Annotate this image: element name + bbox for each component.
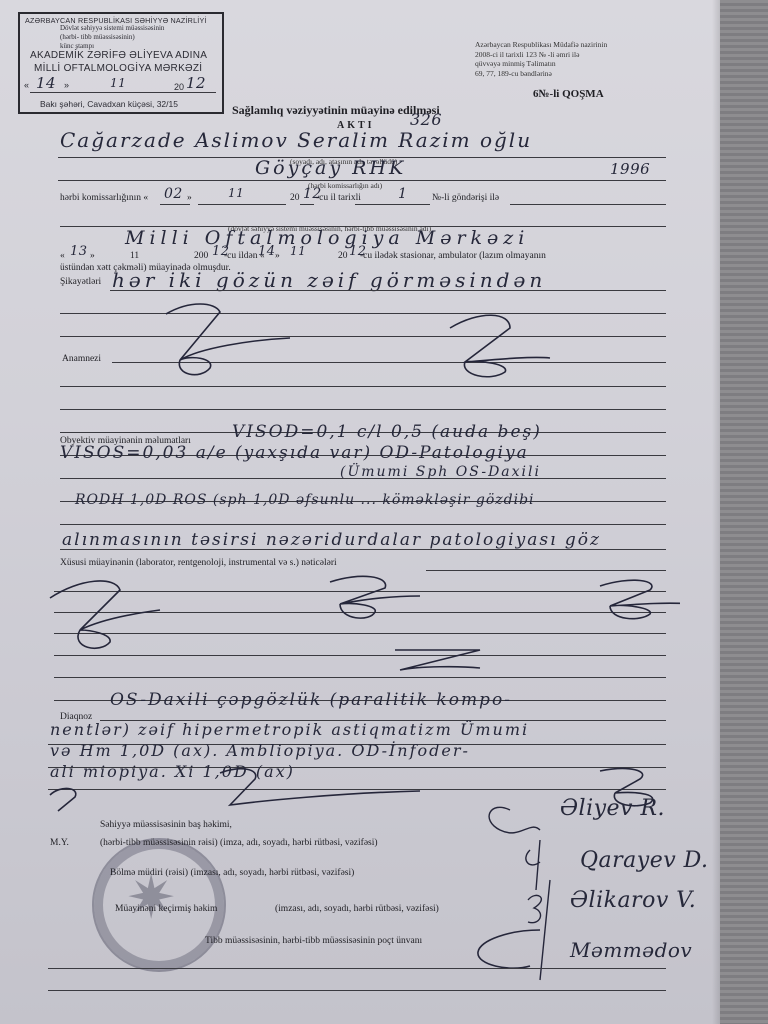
stamp-line3: (hərbi- tibb müəssisəsinin) (60, 33, 135, 41)
department-head-label: Bölmə müdiri (rəisi) (imzası, adı, soyad… (110, 868, 354, 878)
stamp-institution-1: AKADEMİK ZƏRİFƏ ƏLİYEVA ADINA (30, 50, 207, 61)
postal-address-label: Tibb müəssisəsinin, hərbi-tibb müəssisəs… (205, 936, 422, 946)
stamp-line2: Dövlət səhiyyə sistemi müəssisəsinin (60, 24, 164, 32)
strike-mark-special-exam (40, 570, 680, 680)
ms-label: M.Y. (50, 838, 69, 848)
stamp-date-month: 11 (110, 76, 126, 90)
stamp-date-year: 12 (186, 74, 206, 92)
diagnosis-line-3: və Hm 1,0D (ax). Ambliopiya. OD-İnfoder- (50, 741, 470, 760)
diagnosis-line-1: OS-Daxili çəpgözlük (paralitik kompo- (110, 690, 512, 710)
objective-line-2: VISOS=0,03 a/e (yaxşıda var) OD-Patologi… (60, 443, 529, 463)
exam-to-day: 14 (258, 244, 276, 259)
referral-month: 11 (228, 186, 244, 200)
signature-strokes (470, 790, 590, 990)
act-number: 326 (410, 110, 442, 129)
complaints-value: hər iki gözün zəif görməsindən (112, 268, 546, 292)
stamp-address: Bakı şəhəri, Cavadxan küçəsi, 32/15 (40, 99, 178, 109)
reference-note: Azərbaycan Respublikası Müdafiə nazirini… (475, 40, 607, 78)
special-exam-label: Xüsusi müayinənin (laborator, rentgenolo… (60, 558, 337, 568)
diagnosis-line-2: nentlər) zəif hipermetropik astiqmatizm … (50, 720, 529, 739)
referral-day: 02 (164, 186, 183, 202)
appendix-label: 6№-li QOŞMA (533, 88, 604, 100)
exam-from-month: 11 (130, 251, 139, 261)
department-head-signature: Qarayev D. (580, 848, 709, 873)
anamnesis-label: Anamnezi (62, 354, 101, 364)
strike-mark-anamnesis (160, 300, 580, 380)
referral-number: 1 (398, 186, 407, 202)
stamp-line4: künc ştampı (60, 42, 94, 50)
stamp-institution-2: MİLLİ OFTALMOLOGİYA MƏRKƏZİ (34, 63, 202, 74)
stamp-date-day: 14 (36, 74, 56, 92)
document-sheet: AZƏRBAYCAN RESPUBLİKASI SƏHİYYƏ NAZİRLİY… (0, 0, 720, 1024)
institution-name: Milli Oftalmologiya Mərkəzi (125, 227, 529, 249)
commissariat-name: Göyçay RHK (255, 157, 406, 179)
objective-line-3: (Ümumi Sph OS-Daxili (340, 464, 541, 480)
exam-to-month: 11 (290, 244, 306, 258)
corner-stamp: AZƏRBAYCAN RESPUBLİKASI SƏHİYYƏ NAZİRLİY… (18, 12, 224, 114)
patient-name: Cağarzade Aslimov Seralim Razim oğlu (60, 128, 532, 152)
chief-caption: (hərbi-tibb müəssisəsinin rəisi) (imza, … (100, 838, 378, 848)
stamp-date: « 14 » 11 20 12 (24, 76, 220, 94)
objective-line-5: alınmasının təsirsi nəzəridurdalar patol… (62, 530, 601, 550)
examining-doctor-label: Müayinəni keçirmiş həkim (115, 904, 217, 914)
exam-from-day: 13 (70, 244, 88, 259)
document-title: Sağlamlıq vəziyyətinin müayinə edilməsi (232, 103, 440, 118)
objective-line-1: VISOD=0,1 c/l 0,5 (auda beş) (232, 422, 542, 442)
birth-year: 1996 (610, 160, 650, 178)
objective-line-4: RODH 1,0D ROS (sph 1,0D əfsunlu ... kömə… (75, 492, 535, 508)
referral-label: hərbi komissarlığının « (60, 193, 148, 203)
examining-doctor-caption: (imzası, adı, soyadı, hərbi rütbəsi, vəz… (275, 904, 439, 914)
chief-label: Səhiyyə müəssisəsinin baş həkimi, (100, 820, 232, 830)
complaints-label: Şikayətləri (60, 277, 101, 287)
